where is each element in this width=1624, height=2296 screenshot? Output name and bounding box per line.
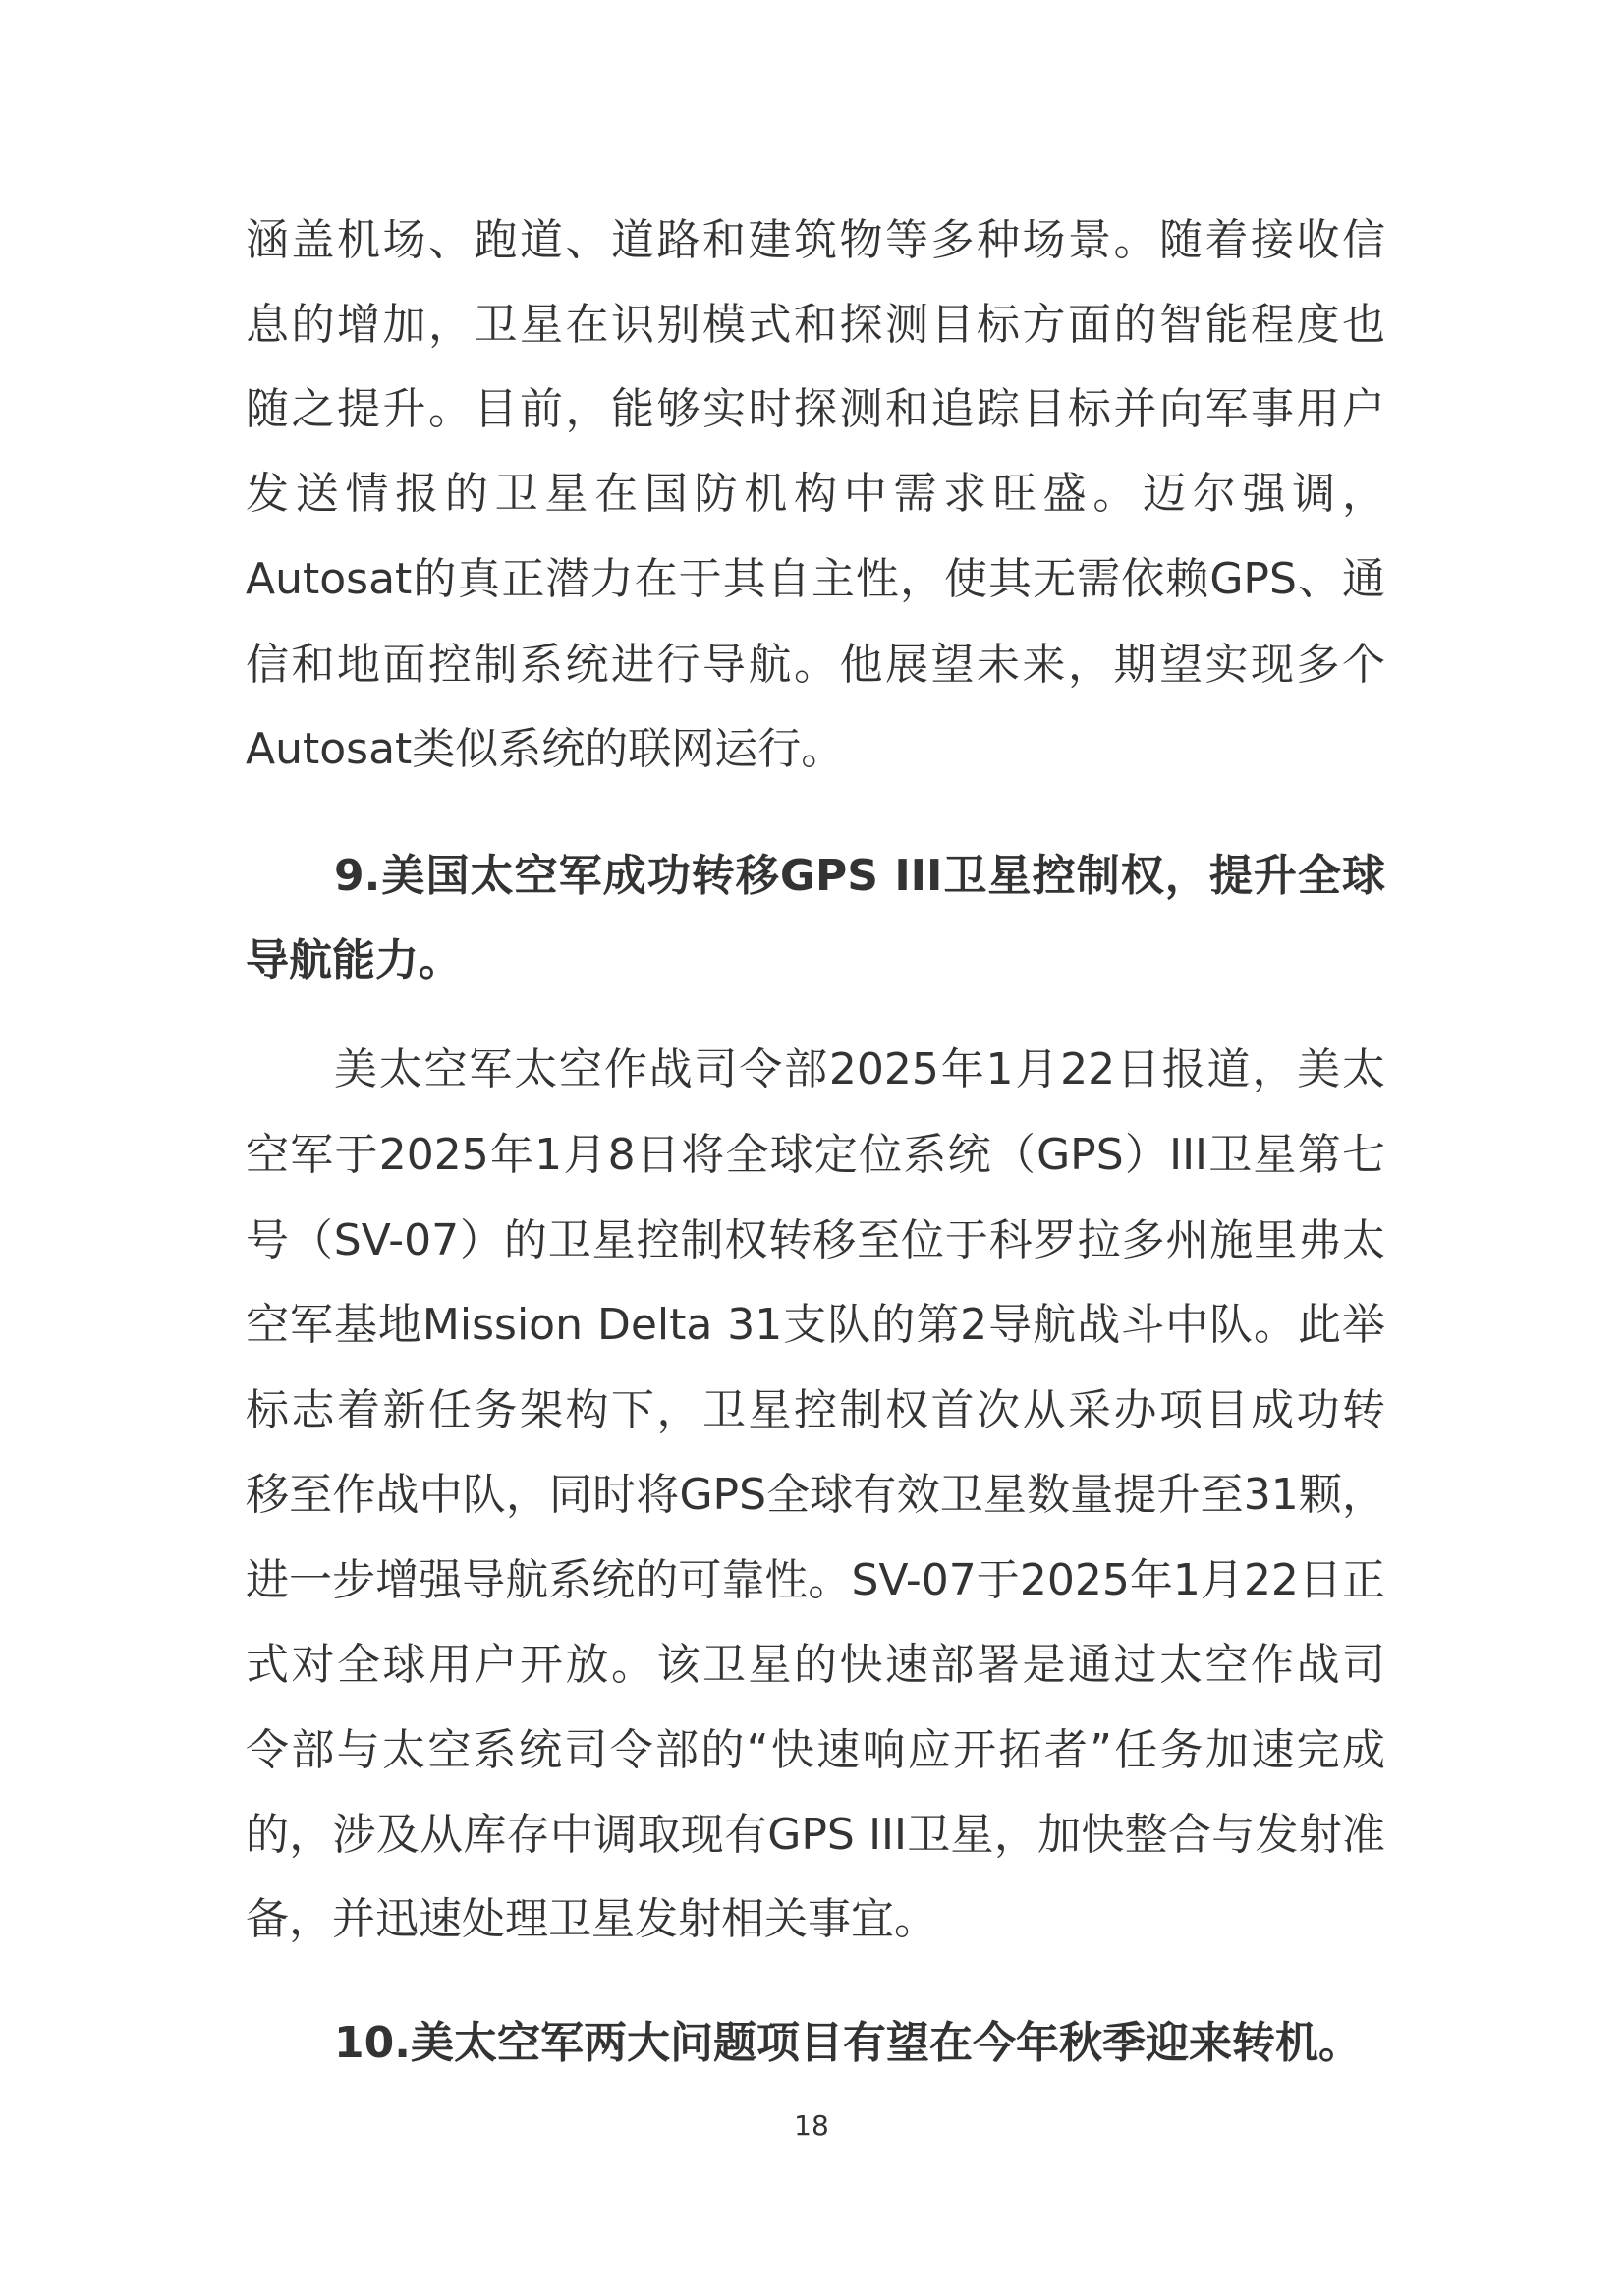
text-line: 空军于2025年1月8日将全球定位系统（GPS）III卫星第七 <box>246 1113 1385 1198</box>
text-line: 息的增加，卫星在识别模式和探测目标方面的智能程度也 <box>246 283 1385 367</box>
text-line: 进一步增强导航系统的可靠性。SV-07于2025年1月22日正 <box>246 1539 1385 1623</box>
text-line: 发送情报的卫星在国防机构中需求旺盛。迈尔强调， <box>246 452 1385 536</box>
text-line: 移至作战中队，同时将GPS全球有效卫星数量提升至31颗， <box>246 1453 1385 1538</box>
text-line: 令部与太空系统司令部的“快速响应开拓者”任务加速完成 <box>246 1708 1385 1793</box>
heading-line: 导航能力。 <box>246 919 1385 1003</box>
heading-line: 10.美太空军两大问题项目有望在今年秋季迎来转机。 <box>334 2001 1385 2086</box>
document-page: 涵盖机场、跑道、道路和建筑物等多种场景。随着接收信 息的增加，卫星在识别模式和探… <box>0 0 1624 2296</box>
page-number: 18 <box>762 2108 861 2144</box>
text-line: 信和地面控制系统进行导航。他展望未来，期望实现多个 <box>246 623 1385 707</box>
text-line: 美太空军太空作战司令部2025年1月22日报道，美太 <box>334 1028 1385 1112</box>
text-line: 随之提升。目前，能够实时探测和追踪目标并向军事用户 <box>246 367 1385 452</box>
text-line: 的，涉及从库存中调取现有GPS III卫星，加快整合与发射准 <box>246 1793 1385 1877</box>
text-line: Autosat的真正潜力在于其自主性，使其无需依赖GPS、通 <box>246 537 1385 622</box>
text-line: Autosat类似系统的联网运行。 <box>246 707 1385 792</box>
text-line: 式对全球用户开放。该卫星的快速部署是通过太空作战司 <box>246 1623 1385 1708</box>
heading-line: 9.美国太空军成功转移GPS III卫星控制权，提升全球 <box>334 834 1385 919</box>
text-line: 标志着新任务架构下，卫星控制权首次从采办项目成功转 <box>246 1369 1385 1453</box>
text-line: 号（SV-07）的卫星控制权转移至位于科罗拉多州施里弗太 <box>246 1199 1385 1283</box>
text-line: 空军基地Mission Delta 31支队的第2导航战斗中队。此举 <box>246 1283 1385 1368</box>
text-line: 涵盖机场、跑道、道路和建筑物等多种场景。随着接收信 <box>246 198 1385 283</box>
text-line: 备，并迅速处理卫星发射相关事宜。 <box>246 1877 1385 1962</box>
